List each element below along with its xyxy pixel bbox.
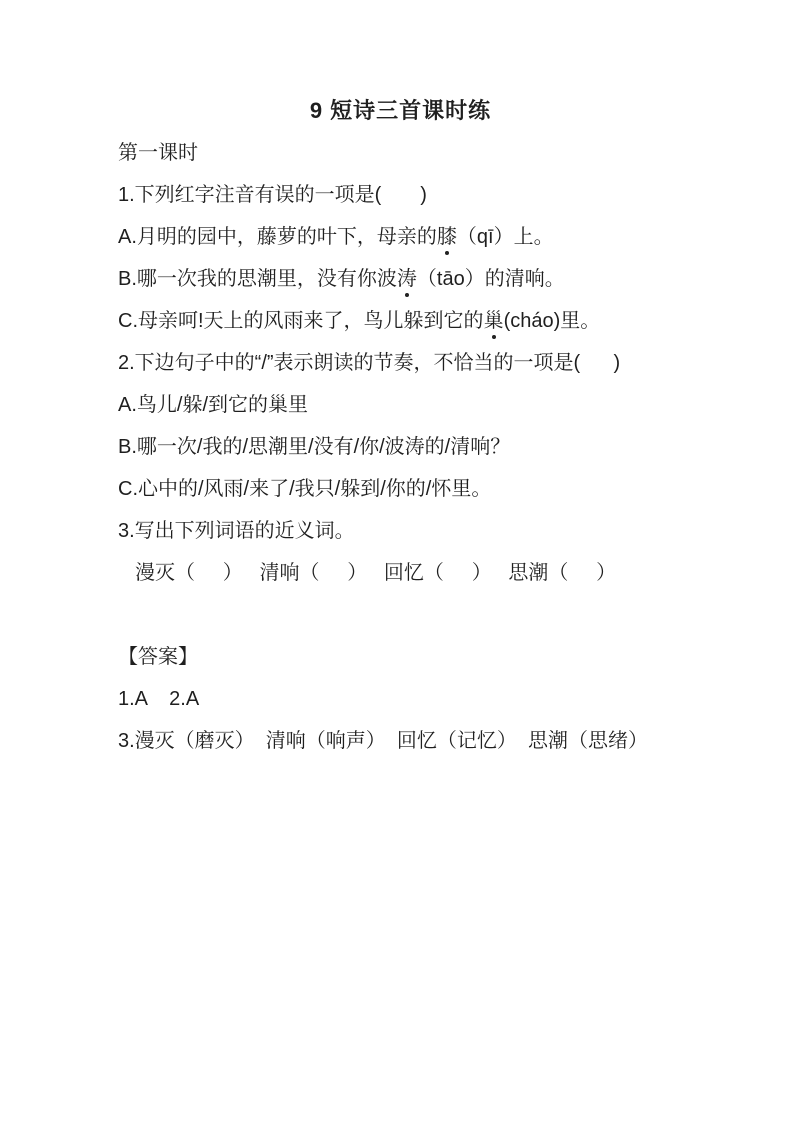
question-3-stem: 3.写出下列词语的近义词。 (118, 510, 683, 552)
option-c-text: C.母亲呵!天上的风雨来了，鸟儿躲到它的 (118, 310, 484, 332)
option-a-emphasized-char: 膝 (437, 226, 457, 248)
question-1-option-b: B.哪一次我的思潮里，没有你波涛（tāo）的清响。 (118, 258, 683, 300)
answers-synonyms-line: 3.漫灭（磨灭） 清响（响声） 回忆（记忆） 思潮（思绪） (118, 720, 683, 762)
question-1-option-c: C.母亲呵!天上的风雨来了，鸟儿躲到它的巢(cháo)里。 (118, 300, 683, 342)
answers-header: 【答案】 (118, 636, 683, 678)
blank-line (118, 594, 683, 636)
option-b-emphasized-char: 涛 (397, 268, 417, 290)
option-b-text: B.哪一次我的思潮里，没有你波 (118, 268, 397, 290)
question-3-blanks: 漫灭（ ） 清响（ ） 回忆（ ） 思潮（ ） (118, 552, 683, 594)
question-1-stem: 1.下列红字注音有误的一项是( ) (118, 174, 683, 216)
question-1-option-a: A.月明的园中，藤萝的叶下，母亲的膝（qī）上。 (118, 216, 683, 258)
question-2-option-b: B.哪一次/我的/思潮里/没有/你/波涛的/清响？ (118, 426, 683, 468)
question-2-stem: 2.下边句子中的“/”表示朗读的节奏，不恰当的一项是( ) (118, 342, 683, 384)
document-title: 9 短诗三首课时练 (118, 90, 683, 132)
option-c-tail: (cháo)里。 (504, 310, 601, 332)
question-2-option-c: C.心中的/风雨/来了/我只/躲到/你的/怀里。 (118, 468, 683, 510)
answers-choice-line: 1.A 2.A (118, 678, 683, 720)
section-heading: 第一课时 (118, 132, 683, 174)
option-a-text: A.月明的园中，藤萝的叶下，母亲的 (118, 226, 437, 248)
option-c-emphasized-char: 巢 (484, 310, 504, 332)
question-2-option-a: A.鸟儿/躲/到它的巢里 (118, 384, 683, 426)
worksheet-page: 9 短诗三首课时练 第一课时 1.下列红字注音有误的一项是( ) A.月明的园中… (0, 0, 793, 1122)
option-a-tail: （qī）上。 (457, 226, 554, 248)
option-b-tail: （tāo）的清响。 (417, 268, 565, 290)
